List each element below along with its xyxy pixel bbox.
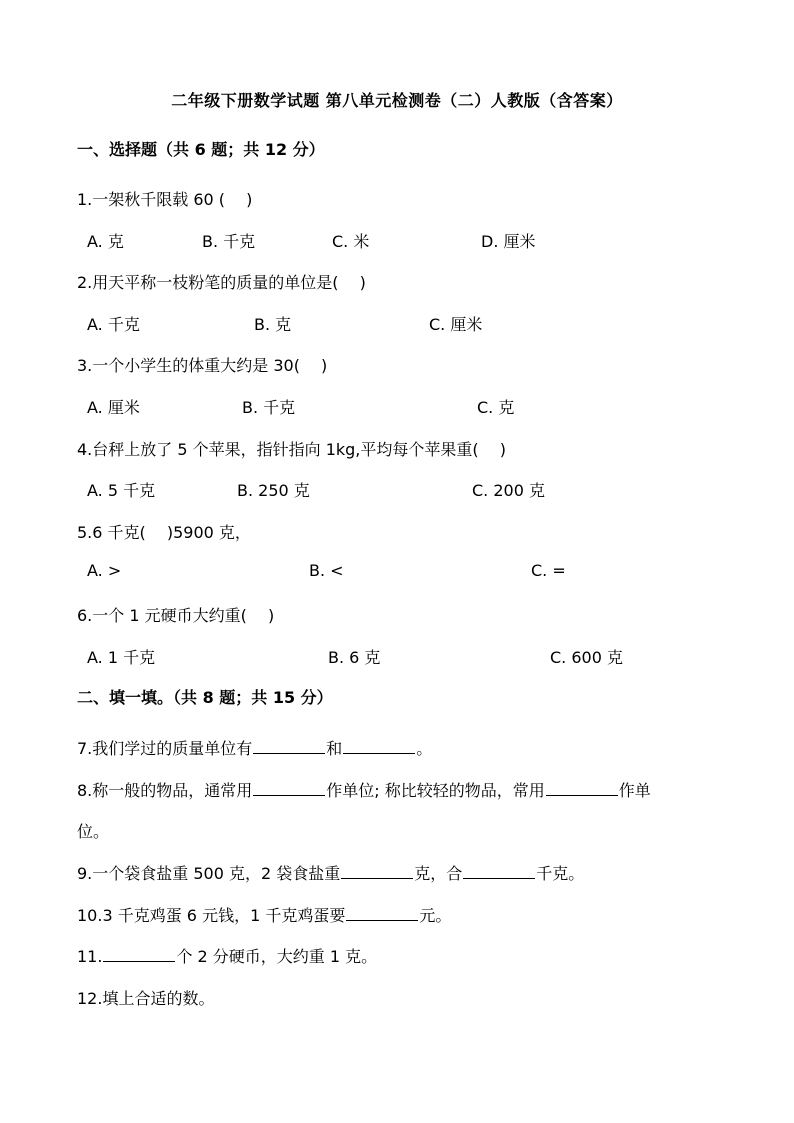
- answer-blank[interactable]: [463, 862, 535, 879]
- question-10: 10.3 千克鸡蛋 6 元钱，1 千克鸡蛋要元。: [77, 903, 451, 926]
- question-1-options: A. 克 B. 千克 C. 米 D. 厘米: [87, 229, 747, 251]
- question-10-pre: 10.3 千克鸡蛋 6 元钱，1 千克鸡蛋要: [77, 906, 345, 925]
- answer-blank[interactable]: [103, 945, 175, 962]
- question-9: 9.一个袋食盐重 500 克，2 袋食盐重克，合千克。: [77, 861, 584, 884]
- question-9-pre: 9.一个袋食盐重 500 克，2 袋食盐重: [77, 864, 340, 883]
- question-5-options: A. > B. < C. =: [87, 561, 747, 583]
- option-a: A. 5 千克: [87, 478, 155, 501]
- question-11: 11.个 2 分硬币，大约重 1 克。: [77, 944, 377, 967]
- option-b: B. 克: [254, 312, 291, 335]
- option-a: A. >: [87, 561, 121, 580]
- option-a: A. 千克: [87, 312, 140, 335]
- option-a: A. 1 千克: [87, 645, 155, 668]
- question-7-pre: 7.我们学过的质量单位有: [77, 739, 252, 758]
- answer-blank[interactable]: [546, 779, 618, 796]
- option-c: C. 200 克: [472, 478, 545, 501]
- option-d: D. 厘米: [481, 229, 536, 252]
- option-b: B. 250 克: [237, 478, 310, 501]
- answer-blank[interactable]: [253, 737, 325, 754]
- question-8-pre: 8.称一般的物品，通常用: [77, 781, 252, 800]
- option-c: C. 600 克: [550, 645, 623, 668]
- question-8: 8.称一般的物品，通常用作单位; 称比较轻的物品，常用作单: [77, 778, 651, 801]
- option-a: A. 厘米: [87, 395, 140, 418]
- question-3-options: A. 厘米 B. 千克 C. 克: [87, 395, 747, 417]
- section-heading-choice: 一、选择题（共 6 题；共 12 分）: [77, 137, 325, 160]
- question-8-continued: 位。: [77, 819, 109, 842]
- question-1: 1.一架秋千限载 60 ( ): [77, 187, 252, 210]
- answer-blank[interactable]: [343, 737, 415, 754]
- question-6-options: A. 1 千克 B. 6 克 C. 600 克: [87, 645, 747, 667]
- question-6: 6.一个 1 元硬币大约重( ): [77, 603, 274, 626]
- question-4-options: A. 5 千克 B. 250 克 C. 200 克: [87, 478, 747, 500]
- question-8-post: 作单: [619, 781, 651, 800]
- answer-blank[interactable]: [253, 779, 325, 796]
- option-c: C. 克: [477, 395, 514, 418]
- question-8-mid: 作单位; 称比较轻的物品，常用: [326, 781, 544, 800]
- question-7: 7.我们学过的质量单位有和。: [77, 736, 432, 759]
- question-9-mid: 克，合: [414, 864, 462, 883]
- option-a: A. 克: [87, 229, 124, 252]
- option-b: B. <: [309, 561, 344, 580]
- option-b: B. 千克: [242, 395, 295, 418]
- question-4: 4.台秤上放了 5 个苹果，指针指向 1kg,平均每个苹果重( ): [77, 437, 506, 460]
- question-12: 12.填上合适的数。: [77, 986, 214, 1009]
- document-title: 二年级下册数学试题 第八单元检测卷（二）人教版（含答案）: [0, 88, 794, 111]
- document-page: 二年级下册数学试题 第八单元检测卷（二）人教版（含答案） 一、选择题（共 6 题…: [0, 0, 794, 1123]
- option-b: B. 千克: [202, 229, 255, 252]
- option-c: C. 米: [332, 229, 369, 252]
- question-11-pre: 11.: [77, 947, 102, 966]
- question-7-post: 。: [416, 739, 432, 758]
- question-10-post: 元。: [419, 906, 451, 925]
- question-3: 3.一个小学生的体重大约是 30( ): [77, 353, 327, 376]
- section-heading-fill: 二、填一填。（共 8 题；共 15 分）: [77, 685, 333, 708]
- question-5: 5.6 千克( )5900 克，: [77, 520, 251, 543]
- question-7-mid: 和: [326, 739, 342, 758]
- question-2: 2.用天平称一枝粉笔的质量的单位是( ): [77, 270, 366, 293]
- question-2-options: A. 千克 B. 克 C. 厘米: [87, 312, 747, 334]
- option-c: C. =: [531, 561, 566, 580]
- answer-blank[interactable]: [341, 862, 413, 879]
- question-9-post: 千克。: [536, 864, 584, 883]
- option-b: B. 6 克: [328, 645, 380, 668]
- option-c: C. 厘米: [429, 312, 482, 335]
- question-11-post: 个 2 分硬币，大约重 1 克。: [176, 947, 377, 966]
- answer-blank[interactable]: [346, 904, 418, 921]
